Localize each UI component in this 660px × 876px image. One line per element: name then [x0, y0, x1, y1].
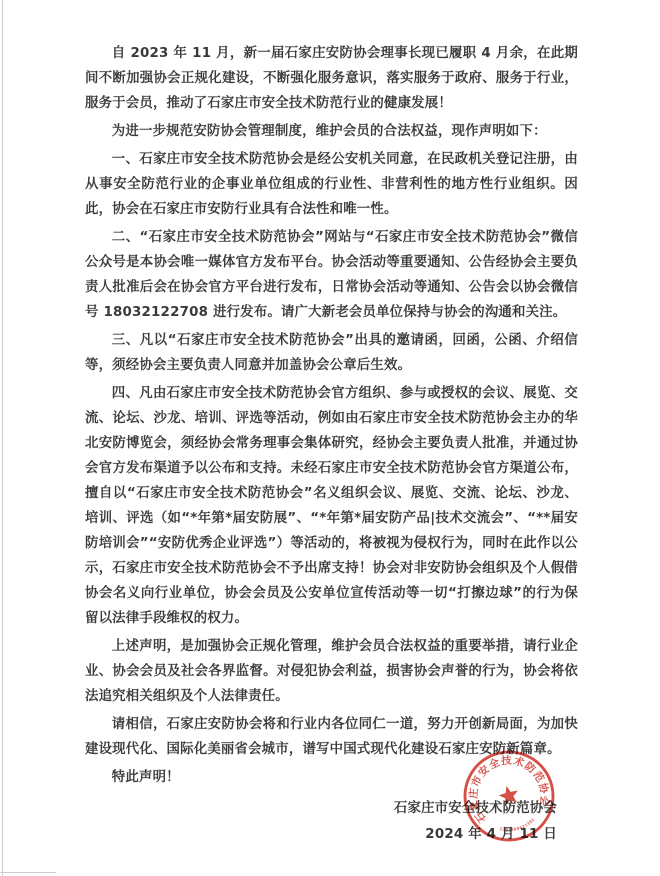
statement-body: 自 2023 年 11 月，新一届石家庄安防协会理事长现已履职 4 月余，在此期… — [85, 41, 578, 848]
signature-block: 石家庄市安全技术防范协会 2024 年 4 月 11 日 — [85, 796, 578, 848]
paragraph-item-4: 四、凡由石家庄市安全技术防范协会官方组织、参与或授权的会议、展览、交流、论坛、沙… — [85, 381, 578, 631]
paragraph-item-2: 二、“石家庄市安全技术防范协会”网站与“石家庄市安全技术防范协会”微信公众号是本… — [85, 225, 578, 325]
paragraph-summary: 上述声明，是加强协会正规化管理，维护会员合法权益的重要举措，请行业企业、协会会员… — [85, 634, 578, 709]
paragraph-closing: 特此声明！ — [85, 765, 578, 790]
paragraph-outlook: 请相信，石家庄安防协会将和行业内各位同仁一道，努力开创新局面，为加快建设现代化、… — [85, 712, 578, 762]
paragraph-item-3: 三、凡以“石家庄市安全技术防范协会”出具的邀请函，回函，公函、介绍信等，须经协会… — [85, 328, 578, 378]
issue-date: 2024 年 4 月 11 日 — [85, 822, 557, 848]
scan-edge-bottom — [0, 872, 56, 873]
document-page: 自 2023 年 11 月，新一届石家庄安防协会理事长现已履职 4 月余，在此期… — [0, 0, 660, 876]
issuer-name: 石家庄市安全技术防范协会 — [85, 796, 557, 822]
paragraph-preamble: 为进一步规范安防协会管理制度，维护会员的合法权益，现作声明如下： — [85, 119, 578, 144]
paragraph-item-1: 一、石家庄市安全技术防范协会是经公安机关同意，在民政机关登记注册，由从事安全防范… — [85, 147, 578, 222]
scan-edge-left — [2, 0, 3, 876]
paragraph-intro: 自 2023 年 11 月，新一届石家庄安防协会理事长现已履职 4 月余，在此期… — [85, 41, 578, 116]
